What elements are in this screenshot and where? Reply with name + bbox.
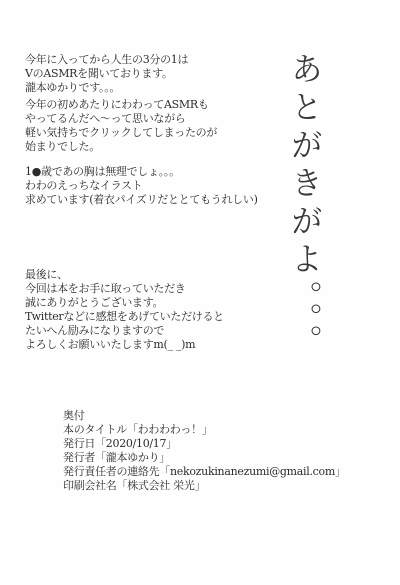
colophon-heading: 奥付 xyxy=(63,409,346,423)
afterword-request-paragraph: 1●歳であの胸は無理でしょ。。。 わわのえっちなイラスト 求めています(着衣パイ… xyxy=(25,165,258,207)
text-line: よろしくお願いいたしますm(_ _)m xyxy=(25,338,224,352)
book-page: 今年に入ってから人生の3分の1は VのASMRを聞いております。 瀧本ゆかりです… xyxy=(0,0,400,585)
text-line: 誠にありがとうございます。 xyxy=(25,296,224,310)
text-line: 軽い気持ちでクリックしてしまったのが xyxy=(25,126,217,140)
colophon-contact-line: 発行責任者の連絡先「nekozukinanezumi@gmail.com」 xyxy=(63,465,346,479)
text-line: たいへん励みになりますので xyxy=(25,324,224,338)
text-line: わわのえっちなイラスト xyxy=(25,179,258,193)
afterword-start-paragraph: 今年の初めあたりにわわってASMRも やってるんだへ～って思いながら 軽い気持ち… xyxy=(25,98,217,154)
text-line: やってるんだへ～って思いながら xyxy=(25,112,217,126)
colophon: 奥付 本のタイトル「わわわわっ！」 発行日「2020/10/17」 発行者「瀧本… xyxy=(63,409,346,493)
colophon-title-line: 本のタイトル「わわわわっ！」 xyxy=(63,423,346,437)
text-line: 今年に入ってから人生の3分の1は xyxy=(25,53,188,67)
text-line: 瀧本ゆかりです。。。 xyxy=(25,81,188,95)
handwritten-afterword-title: あとがきがよ。。。 xyxy=(285,52,325,362)
text-line: 始まりでした。 xyxy=(25,140,217,154)
text-line: 1●歳であの胸は無理でしょ。。。 xyxy=(25,165,258,179)
text-line: Twitterなどに感想をあげていただけると xyxy=(25,310,224,324)
colophon-date-line: 発行日「2020/10/17」 xyxy=(63,437,346,451)
text-line: 求めています(着衣パイズリだととてもうれしい) xyxy=(25,193,258,207)
afterword-closing-paragraph: 最後に、 今回は本をお手に取っていただき 誠にありがとうございます。 Twitt… xyxy=(25,268,224,352)
colophon-printer-line: 印刷会社名「株式会社 栄光」 xyxy=(63,479,346,493)
colophon-publisher-line: 発行者「瀧本ゆかり」 xyxy=(63,451,346,465)
text-line: 最後に、 xyxy=(25,268,224,282)
text-line: 今回は本をお手に取っていただき xyxy=(25,282,224,296)
text-line: VのASMRを聞いております。 xyxy=(25,67,188,81)
afterword-intro-paragraph: 今年に入ってから人生の3分の1は VのASMRを聞いております。 瀧本ゆかりです… xyxy=(25,53,188,95)
text-line: 今年の初めあたりにわわってASMRも xyxy=(25,98,217,112)
